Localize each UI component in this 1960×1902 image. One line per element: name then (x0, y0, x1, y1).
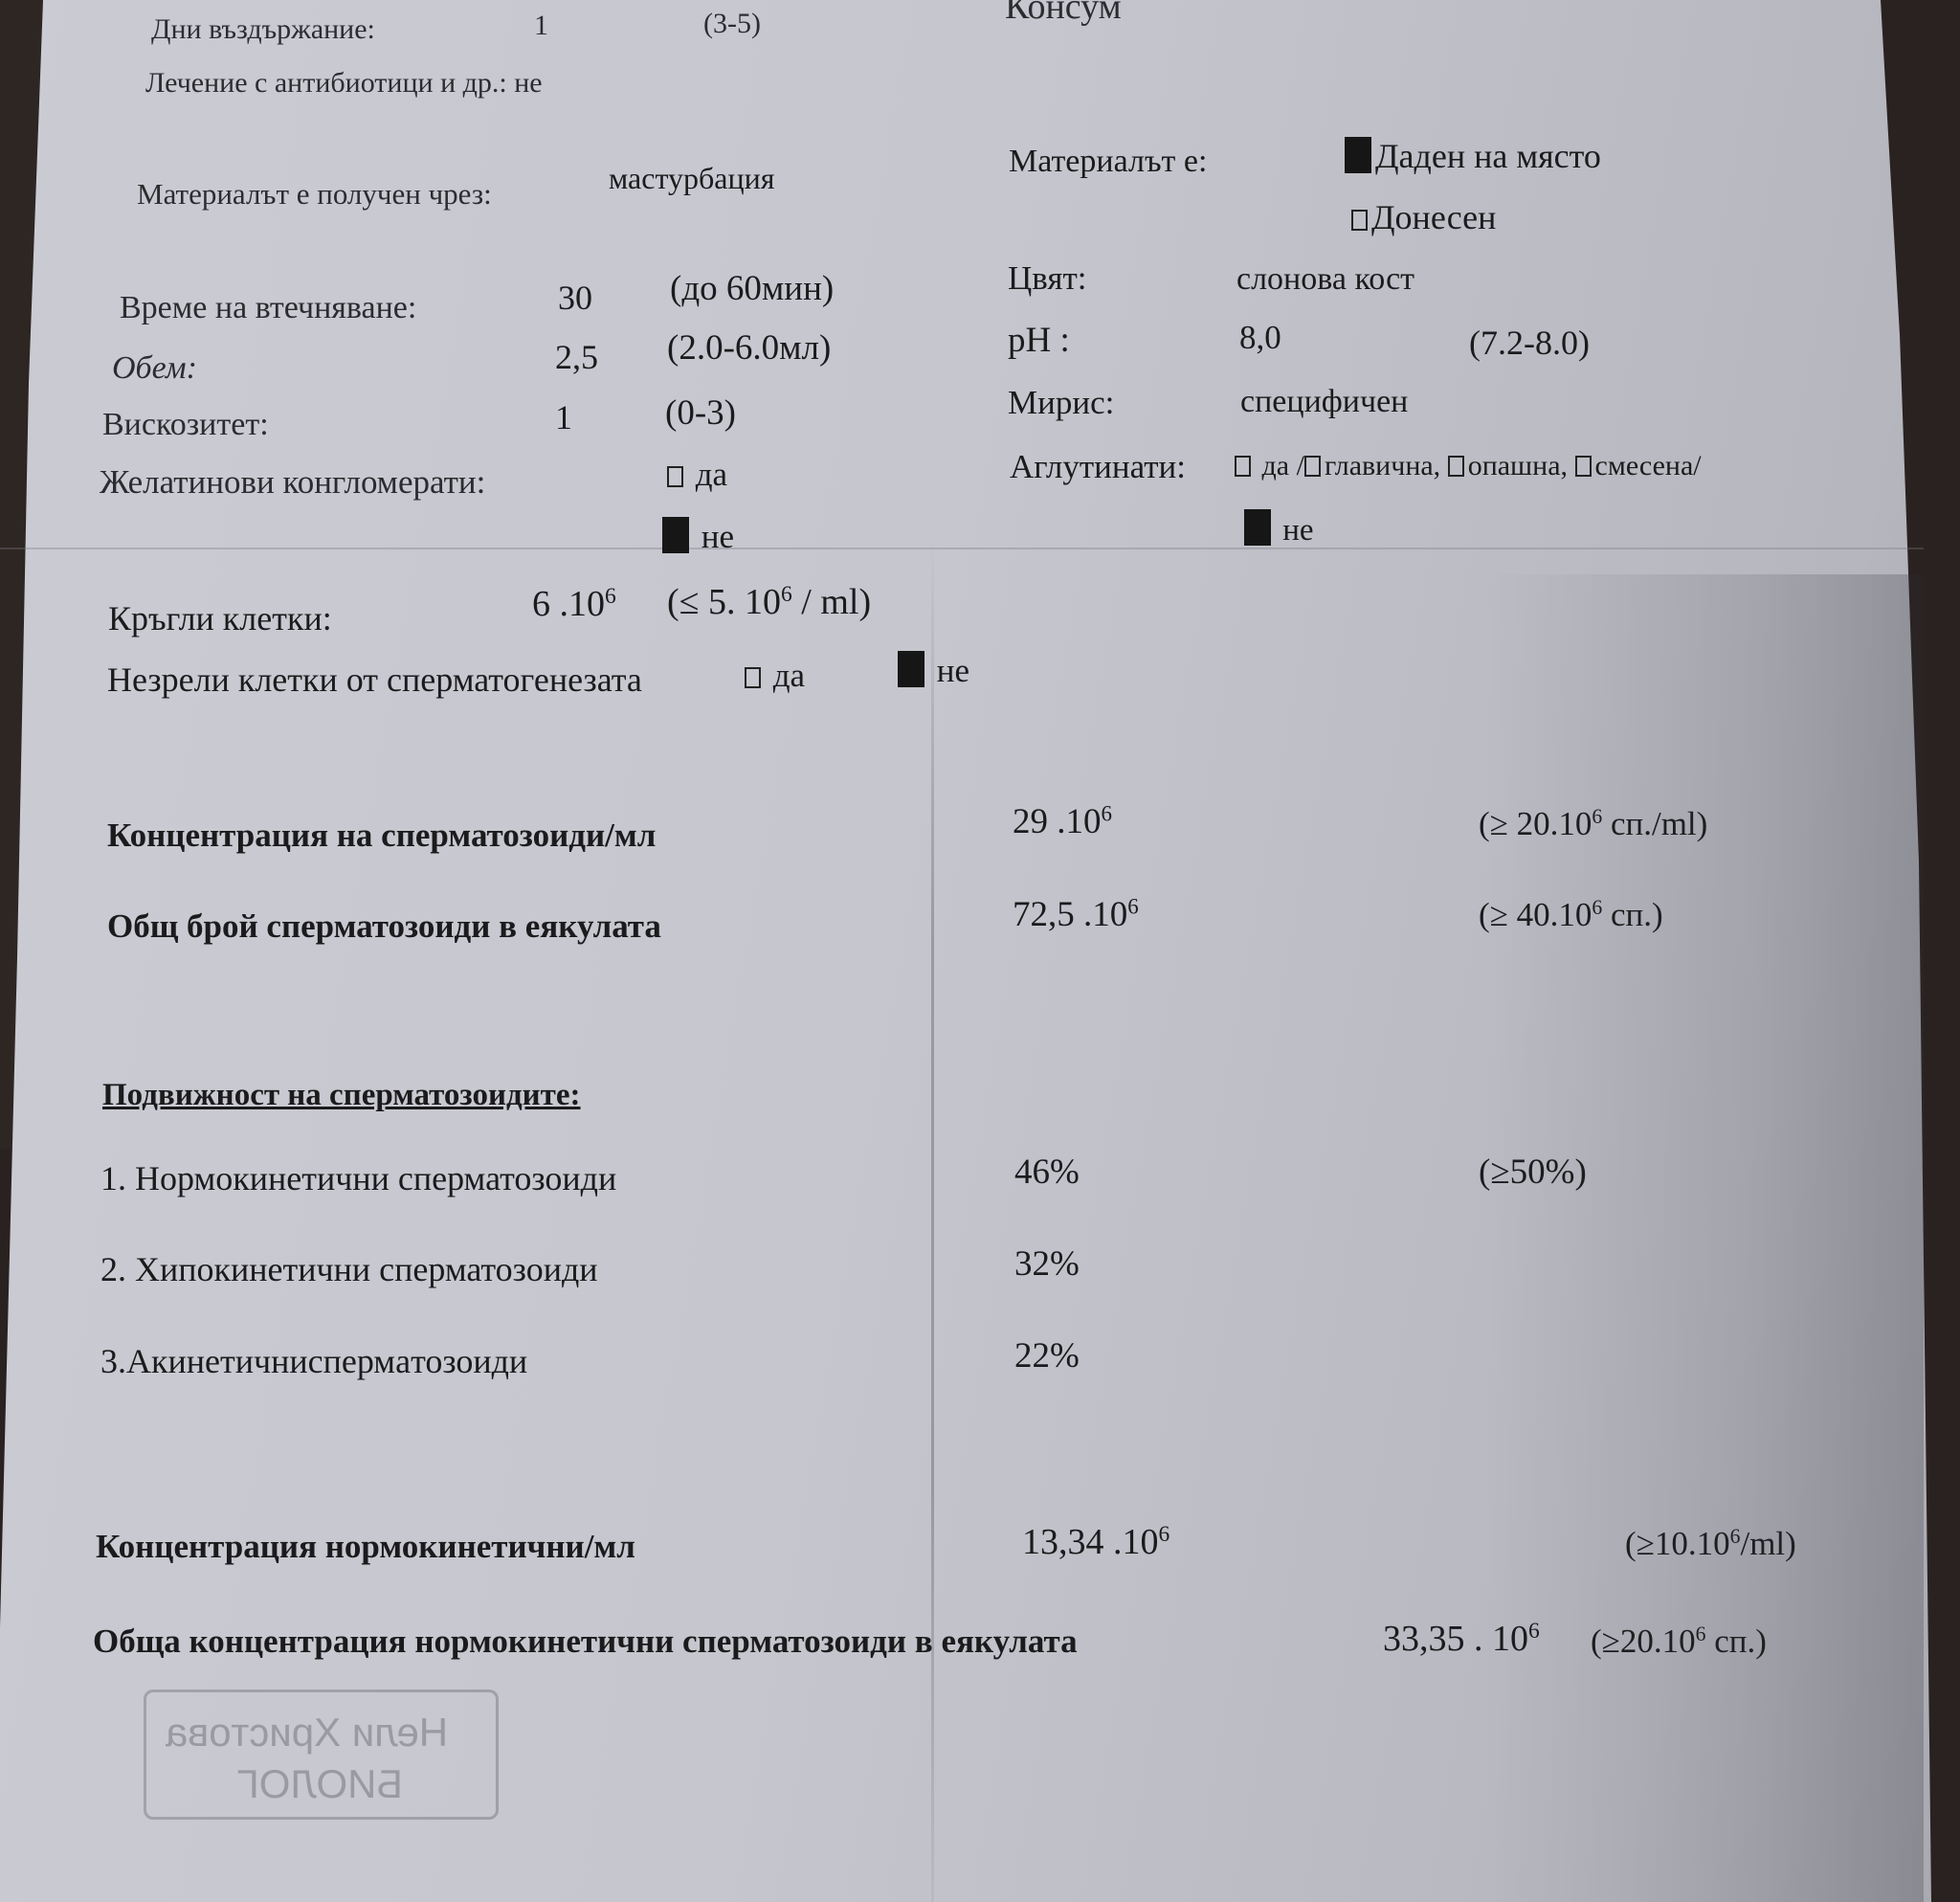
material-source-label: Материалът е: (1009, 145, 1207, 178)
antibiotics-label: Лечение с антибиотици и др.: не (145, 69, 543, 98)
odor-label: Мирис: (1008, 386, 1114, 419)
viscosity-label: Вискозитет: (102, 409, 269, 441)
viscosity-value: 1 (555, 400, 572, 435)
agglutinates-label: Аглутинати: (1010, 450, 1186, 483)
motility-row-label: 3.Акинетичниспермaтозоиди (100, 1344, 527, 1378)
normokinetic-total-ref: (≥20.106 сп.) (1591, 1624, 1767, 1658)
abstinence-value: 1 (534, 11, 548, 40)
motility-row-label: 2. Хипокинетични сперматозоиди (100, 1252, 598, 1287)
liquefaction-ref: (до 60мин) (670, 271, 834, 306)
viscosity-ref: (0-3) (665, 395, 736, 431)
checkbox-empty-icon[interactable] (1304, 456, 1321, 477)
motility-row-label: 1. Нормокинетични сперматозоиди (100, 1161, 616, 1196)
normokinetic-conc-label: Концентрация нормокинетични/мл (96, 1530, 635, 1563)
gelatinous-option-yes[interactable]: да (667, 458, 727, 491)
liquefaction-value: 30 (558, 280, 592, 315)
checkbox-empty-icon[interactable] (1575, 456, 1592, 477)
paper-fold-horizontal (0, 548, 1924, 549)
motility-row-ref: (≥50%) (1479, 1154, 1587, 1190)
concentration-label: Концентрация на сперматозоиди/мл (107, 818, 656, 852)
motility-row-value: 32% (1014, 1246, 1080, 1282)
abstinence-ref: (3-5) (703, 10, 761, 38)
normokinetic-conc-value: 13,34 .106 (1022, 1524, 1169, 1560)
collection-value: мастурбация (609, 163, 774, 193)
motility-row-value: 46% (1014, 1154, 1080, 1190)
stamp-title: БИОЛОГ (237, 1761, 403, 1807)
round-cells-value: 6 .106 (532, 586, 616, 622)
checkbox-checked-icon[interactable] (662, 517, 689, 553)
header-cut-text: Консум (1005, 0, 1122, 25)
paper-fold-vertical (931, 536, 934, 1902)
normokinetic-total-value: 33,35 . 106 (1383, 1621, 1540, 1657)
round-cells-label: Кръгли клетки: (108, 601, 332, 636)
checkbox-checked-icon[interactable] (1345, 137, 1371, 173)
normokinetic-conc-ref: (≥10.106/ml) (1625, 1527, 1796, 1560)
liquefaction-label: Време на втечняване: (120, 292, 416, 324)
material-source-option-onsite[interactable]: Даден на място (1345, 137, 1601, 173)
paper-sheet (0, 0, 1960, 1902)
color-value: слонова кост (1236, 263, 1414, 296)
concentration-ref: (≥ 20.106 сп./ml) (1479, 807, 1707, 840)
checkbox-empty-icon[interactable] (1235, 456, 1251, 477)
ph-ref: (7.2-8.0) (1469, 325, 1590, 360)
total-count-ref: (≥ 40.106 сп.) (1479, 898, 1663, 931)
immature-cells-option-no[interactable]: не (898, 651, 969, 687)
odor-value: специфичен (1240, 386, 1408, 418)
material-source-option-brought[interactable]: Донесен (1351, 200, 1496, 235)
volume-value: 2,5 (555, 340, 598, 374)
motility-heading: Подвижност на сперматозоидите: (102, 1080, 581, 1111)
checkbox-empty-icon[interactable] (745, 667, 761, 688)
agglutinates-option-no[interactable]: не (1244, 509, 1314, 547)
gelatinous-label: Желатинови конгломерати: (100, 465, 485, 499)
volume-label: Обем: (112, 352, 197, 385)
immature-cells-label: Незрели клетки от сперматогенезата (107, 662, 642, 697)
round-cells-ref: (≤ 5. 106 / ml) (667, 584, 871, 620)
checkbox-empty-icon[interactable] (1448, 456, 1464, 477)
checkbox-empty-icon[interactable] (1351, 210, 1368, 231)
normokinetic-total-label: Обща концентрация нормокинетични спермат… (93, 1624, 1078, 1658)
total-count-value: 72,5 .106 (1013, 897, 1139, 932)
checkbox-empty-icon[interactable] (667, 466, 683, 487)
color-label: Цвят: (1008, 261, 1086, 295)
checkbox-checked-icon[interactable] (1244, 509, 1271, 546)
checkbox-checked-icon[interactable] (898, 651, 924, 687)
gelatinous-option-no[interactable]: не (662, 517, 734, 553)
volume-ref: (2.0-6.0мл) (667, 330, 831, 366)
total-count-label: Общ брой сперматозоиди в еякулата (107, 909, 661, 943)
agglutinates-options: да /главична, опашна, смесена/ (1235, 452, 1702, 481)
collection-label: Материалът е получен чрез: (137, 179, 492, 209)
ph-value: 8,0 (1239, 321, 1281, 354)
ph-label: pH : (1008, 323, 1070, 358)
biologist-stamp: Нели Христова БИОЛОГ (144, 1689, 499, 1820)
motility-row-value: 22% (1014, 1338, 1080, 1374)
immature-cells-option-yes[interactable]: да (745, 659, 805, 692)
abstinence-label: Дни въздържание: (151, 15, 375, 44)
concentration-value: 29 .106 (1013, 804, 1112, 839)
stamp-name: Нели Христова (166, 1710, 448, 1756)
